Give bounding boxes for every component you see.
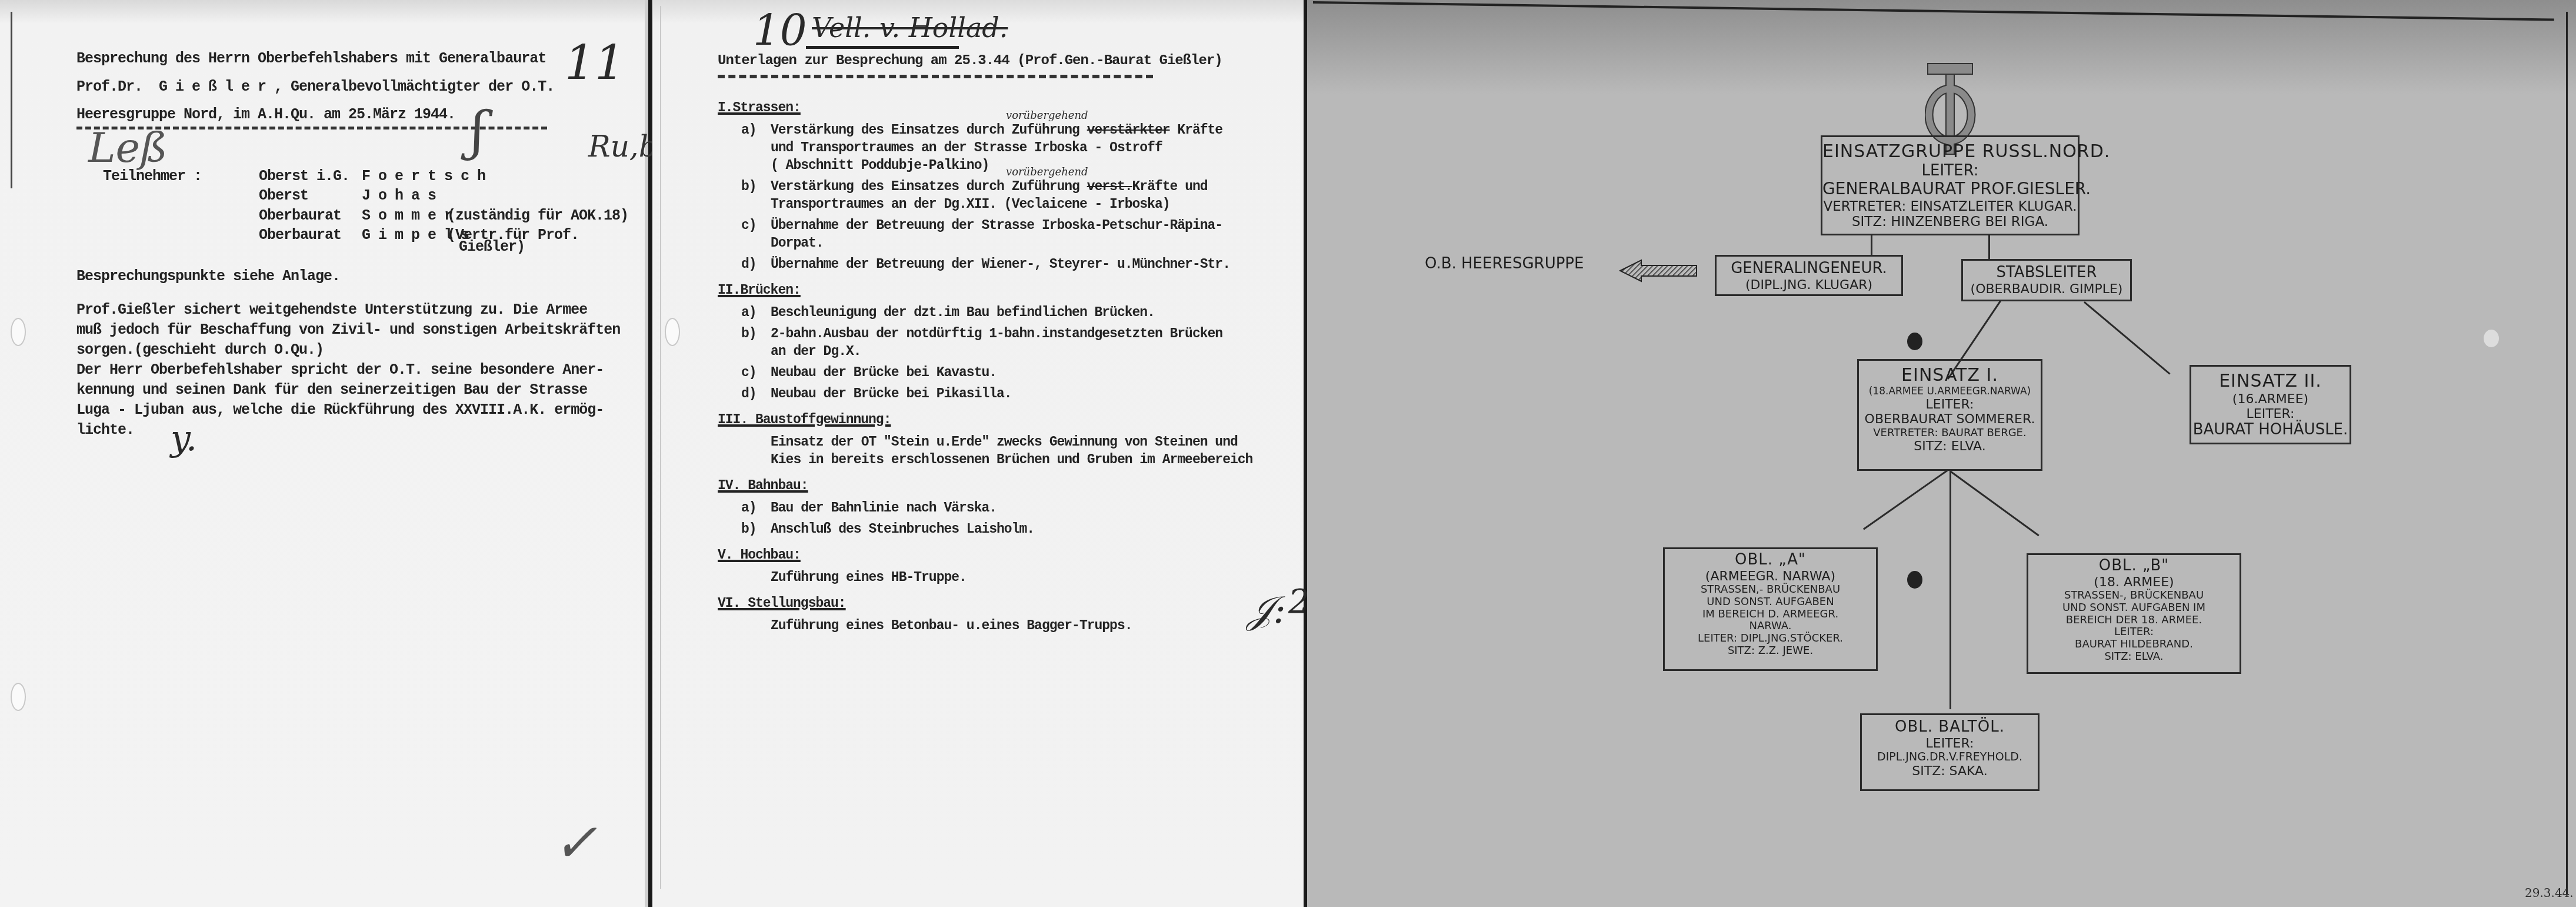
item-text: Anschluß des Steinbruches Laisholm.	[771, 521, 1034, 537]
item-text: Kies in bereits erschlossenen Brüchen un…	[771, 452, 1252, 467]
box-line: OBERBAURAT SOMMERER.	[1859, 412, 2041, 427]
box-line: VERTRETER: EINSATZLEITER KLUGAR.	[1822, 199, 2078, 214]
box-line: LEITER:	[1822, 162, 2078, 180]
connector-line	[1871, 235, 1872, 256]
item-label: c)	[741, 365, 757, 380]
connector-line	[1950, 471, 2039, 536]
org-box-generalingenieur[interactable]: GENERALINGENEUR. (DIPL.JNG. KLUGAR)	[1715, 255, 1903, 296]
punch-hole	[11, 318, 26, 346]
punch-hole	[2484, 330, 2499, 347]
item-text: Verstärkung des Einsatzes durch Zuführun…	[771, 179, 1208, 194]
paragraph: Prof.Gießler sichert weitgehendste Unter…	[76, 300, 620, 440]
box-line: BAURAT HOHÄUSLE.	[2191, 421, 2350, 439]
title-line: Prof.Dr. G i e ß l e r , Generalbevollmä…	[76, 78, 554, 95]
item-text: Zuführung eines HB-Truppe.	[771, 570, 967, 585]
handwritten-initials: Ru,b	[588, 129, 658, 164]
item-label: a)	[741, 305, 757, 320]
item-text: Bau der Bahnlinie nach Värska.	[771, 500, 997, 516]
box-line: BAURAT HILDEBRAND.	[2028, 639, 2240, 651]
org-box-obl-a[interactable]: OBL. „A" (ARMEEGR. NARWA) STRASSEN,- BRÜ…	[1663, 547, 1878, 671]
handwritten-page-number: 11	[565, 35, 625, 90]
handwritten-date: 29.3.44.	[2525, 886, 2574, 900]
section-heading: V. Hochbau:	[718, 547, 801, 563]
org-box-einsatzgruppe[interactable]: EINSATZGRUPPE RUSSL.NORD. LEITER: GENERA…	[1821, 135, 2080, 235]
section-heading: II.Brücken:	[718, 283, 801, 298]
box-line: LEITER:	[2028, 626, 2240, 639]
participant-rank: Oberbaurat	[259, 227, 341, 244]
box-line: DIPL.JNG.DR.V.FREYHOLD.	[1862, 751, 2038, 764]
page-edge-line	[660, 6, 661, 889]
org-chart-page: EINSATZGRUPPE RUSSL.NORD. LEITER: GENERA…	[1307, 0, 2576, 907]
box-title: GENERALINGENEUR.	[1717, 260, 1901, 278]
handwritten-mark: ʃ	[471, 100, 485, 162]
box-line: UND SONST. AUFGABEN	[1665, 596, 1876, 609]
punch-hole	[1907, 333, 1922, 350]
struck-word: verstärkter	[1087, 122, 1170, 138]
participant-rank: Oberst	[259, 187, 308, 204]
handwritten-annotation: vorübergehend	[1006, 109, 1088, 122]
page-border-right	[2566, 12, 2568, 895]
box-title: OBL. „B"	[2028, 557, 2240, 575]
item-text: Neubau der Brücke bei Pikasilla.	[771, 386, 1012, 401]
item-text: Übernahme der Betreuung der Strasse Irbo…	[771, 218, 1222, 233]
item-label: a)	[741, 122, 757, 138]
box-line: VERTRETER: BAURAT BERGE.	[1859, 427, 2041, 440]
item-label: b)	[741, 179, 757, 194]
connector-line	[1988, 235, 1990, 259]
item-label: b)	[741, 326, 757, 341]
item-text: Neubau der Brücke bei Kavastu.	[771, 365, 997, 380]
left-arrow-icon	[1619, 259, 1701, 283]
label-ob-heeresgruppe: O.B. HEERESGRUPPE	[1425, 255, 1584, 273]
box-line: (18. ARMEE)	[2028, 575, 2240, 590]
paragraph: Besprechungspunkte siehe Anlage.	[76, 268, 340, 285]
item-label: d)	[741, 386, 757, 401]
item-label: b)	[741, 521, 757, 537]
box-line: LEITER: DIPL.JNG.STÖCKER.	[1665, 633, 1876, 645]
box-title: EINSATZGRUPPE RUSSL.NORD.	[1822, 142, 2078, 162]
box-line: (ARMEEGR. NARWA)	[1665, 569, 1876, 584]
item-text: Transportraumes an der Dg.XII. (Veclaice…	[771, 197, 1170, 212]
participant-note: Gießler)	[459, 238, 525, 255]
org-box-obl-baltoel[interactable]: OBL. BALTÖL. LEITER: DIPL.JNG.DR.V.FREYH…	[1860, 713, 2040, 791]
handwritten-initials: Leß	[88, 124, 168, 172]
handwritten-signature: 𝒥:	[1247, 589, 1286, 632]
box-line: SITZ: ELVA.	[2028, 651, 2240, 663]
org-box-obl-b[interactable]: OBL. „B" (18. ARMEE) STRASSEN-, BRÜCKENB…	[2027, 553, 2241, 674]
box-title: OBL. BALTÖL.	[1862, 719, 2038, 736]
title-line: Besprechung des Herrn Oberbefehlshabers …	[76, 50, 546, 67]
box-line: SITZ: ELVA.	[1859, 439, 2041, 454]
struck-header: Vell. v. Hollad.	[812, 12, 1008, 44]
item-label: a)	[741, 500, 757, 516]
participants-label: Teilnehmer :	[103, 168, 202, 185]
item-text: und Transportraumes an der Strasse Irbos…	[771, 140, 1162, 155]
box-line: STRASSEN,- BRÜCKENBAU	[1665, 584, 1876, 596]
participant-name: J o h a s	[362, 187, 436, 204]
underline	[806, 46, 959, 49]
box-line: (DIPL.JNG. KLUGAR)	[1717, 278, 1901, 293]
box-title: EINSATZ II.	[2191, 371, 2350, 392]
box-line: SITZ: SAKA.	[1862, 764, 2038, 779]
participant-name: S o m m e r	[362, 207, 452, 224]
org-box-stabsleiter[interactable]: STABSLEITER (OBERBAUDIR. GIMPLE)	[1961, 259, 2132, 301]
item-text: an der Dg.X.	[771, 344, 861, 359]
participant-name: F o e r t s c h	[362, 168, 485, 185]
box-line: SITZ: z.Z. JEWE.	[1665, 645, 1876, 657]
connector-line	[1950, 471, 1951, 709]
document-page-1: 11 Besprechung des Herrn Oberbefehlshabe…	[0, 0, 648, 907]
box-line: LEITER:	[1862, 736, 2038, 751]
page-edge-line	[11, 12, 12, 188]
org-box-einsatz-2[interactable]: EINSATZ II. (16.ARMEE) LEITER: BAURAT HO…	[2190, 365, 2351, 444]
check-mark-icon: ✓	[553, 812, 597, 874]
handwritten-annotation: vorübergehend	[1006, 166, 1088, 178]
participant-rank: Oberbaurat	[259, 207, 341, 224]
org-box-einsatz-1[interactable]: EINSATZ I. (18.ARMEE U.ARMEEGR.NARWA) LE…	[1857, 359, 2042, 471]
box-line: GENERALBAURAT PROF.GIESLER.	[1822, 180, 2078, 198]
section-heading: VI. Stellungsbau:	[718, 596, 846, 611]
connector-line	[2084, 301, 2170, 374]
participant-note: (zuständig für AOK.18)	[447, 207, 628, 224]
box-line: (16.ARMEE)	[2191, 392, 2350, 407]
box-line: (18.ARMEE U.ARMEEGR.NARWA)	[1859, 386, 2041, 398]
box-title: EINSATZ I.	[1859, 366, 2041, 386]
item-text: Beschleunigung der dzt.im Bau befindlich…	[771, 305, 1155, 320]
item-text: 2-bahn.Ausbau der notdürftig 1-bahn.inst…	[771, 326, 1222, 341]
box-line: LEITER:	[2191, 407, 2350, 421]
section-heading: I.Strassen:	[718, 100, 801, 115]
separator-line	[718, 75, 1153, 81]
item-label: d)	[741, 257, 757, 272]
box-title: STABSLEITER	[1963, 264, 2130, 282]
item-text: ( Abschnitt Poddubje-Palkino)	[771, 158, 989, 173]
title-line: Heeresgruppe Nord, im A.H.Qu. am 25.März…	[76, 106, 455, 123]
struck-word: verst.	[1087, 179, 1132, 194]
handwritten-page-number: 10	[753, 6, 807, 55]
connector-line	[1863, 470, 1948, 530]
box-line: NARWA.	[1665, 620, 1876, 633]
box-title: OBL. „A"	[1665, 551, 1876, 569]
box-line: UND SONST. AUFGABEN IM	[2028, 602, 2240, 614]
box-line: IM BEREICH D. ARMEEGR.	[1665, 609, 1876, 621]
participant-rank: Oberst i.G.	[259, 168, 349, 185]
box-line: LEITER:	[1859, 397, 2041, 412]
punch-hole	[665, 318, 680, 346]
page-title: Unterlagen zur Besprechung am 25.3.44 (P…	[718, 53, 1222, 69]
item-text: Zuführung eines Betonbau- u.eines Bagger…	[771, 618, 1132, 633]
item-label: c)	[741, 218, 757, 233]
box-line: STRASSEN-, BRÜCKENBAU	[2028, 590, 2240, 602]
item-text: Einsatz der OT "Stein u.Erde" zwecks Gew…	[771, 434, 1238, 450]
section-heading: IV. Bahnbau:	[718, 478, 808, 493]
box-line: BEREICH DER 18. ARMEE.	[2028, 614, 2240, 627]
box-line: SITZ: HINZENBERG BEI RIGA.	[1822, 214, 2078, 230]
punch-hole	[1907, 571, 1922, 589]
item-text: Verstärkung des Einsatzes durch Zuführun…	[771, 122, 1222, 138]
box-line: (OBERBAUDIR. GIMPLE)	[1963, 282, 2130, 297]
item-text: Übernahme der Betreuung der Wiener-, Ste…	[771, 257, 1230, 272]
punch-hole	[11, 683, 26, 711]
document-page-2: 10 Vell. v. Hollad. Unterlagen zur Bespr…	[652, 0, 1304, 907]
handwritten-mark: y.	[171, 418, 197, 459]
section-heading: III. Baustoffgewinnung:	[718, 412, 891, 427]
item-text: Dorpat.	[771, 235, 824, 251]
